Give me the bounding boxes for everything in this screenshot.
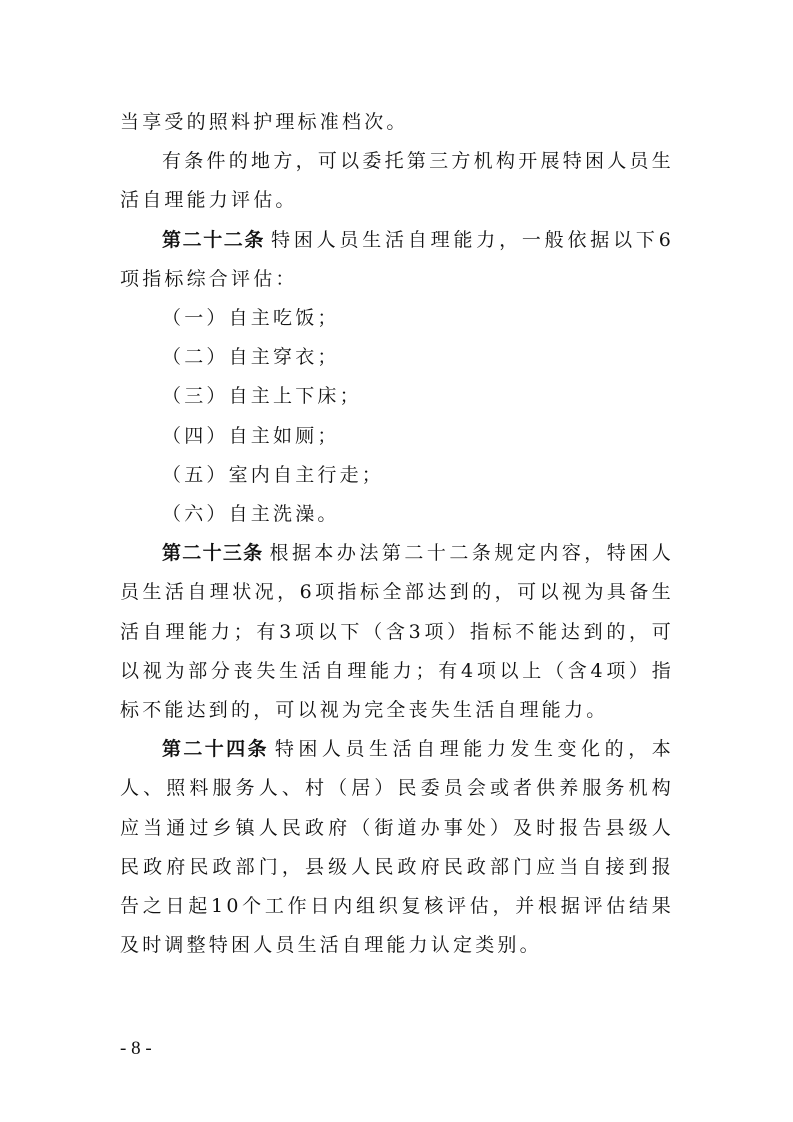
paragraph-continuation: 当享受的照料护理标准档次。 [120,103,674,142]
list-item-dressing: （二）自主穿衣； [120,338,674,377]
article-24-heading: 第二十四条 [162,738,269,760]
page-number: - 8 - [120,1038,152,1060]
article-22-heading: 第二十二条 [162,229,265,251]
article-23-heading: 第二十三条 [162,542,263,564]
article-23: 第二十三条根据本办法第二十二条规定内容，特困人员生活自理状况，6项指标全部达到的… [120,534,674,730]
document-page: 当享受的照料护理标准档次。 有条件的地方，可以委托第三方机构开展特困人员生活自理… [120,103,674,965]
article-24: 第二十四条特困人员生活自理能力发生变化的，本人、照料服务人、村（居）民委员会或者… [120,730,674,965]
article-23-text: 根据本办法第二十二条规定内容，特困人员生活自理状况，6项指标全部达到的，可以视为… [120,542,674,721]
article-24-text: 特困人员生活自理能力发生变化的，本人、照料服务人、村（居）民委员会或者供养服务机… [120,738,674,956]
list-item-indoor-walking: （五）室内自主行走； [120,456,674,495]
list-item-eating: （一）自主吃饭； [120,299,674,338]
list-item-bathing: （六）自主洗澡。 [120,495,674,534]
paragraph-third-party-assessment: 有条件的地方，可以委托第三方机构开展特困人员生活自理能力评估。 [120,142,674,220]
list-item-toileting: （四）自主如厕； [120,417,674,456]
list-item-bed-transfer: （三）自主上下床； [120,377,674,416]
article-22: 第二十二条特困人员生活自理能力，一般依据以下6项指标综合评估： [120,221,674,299]
